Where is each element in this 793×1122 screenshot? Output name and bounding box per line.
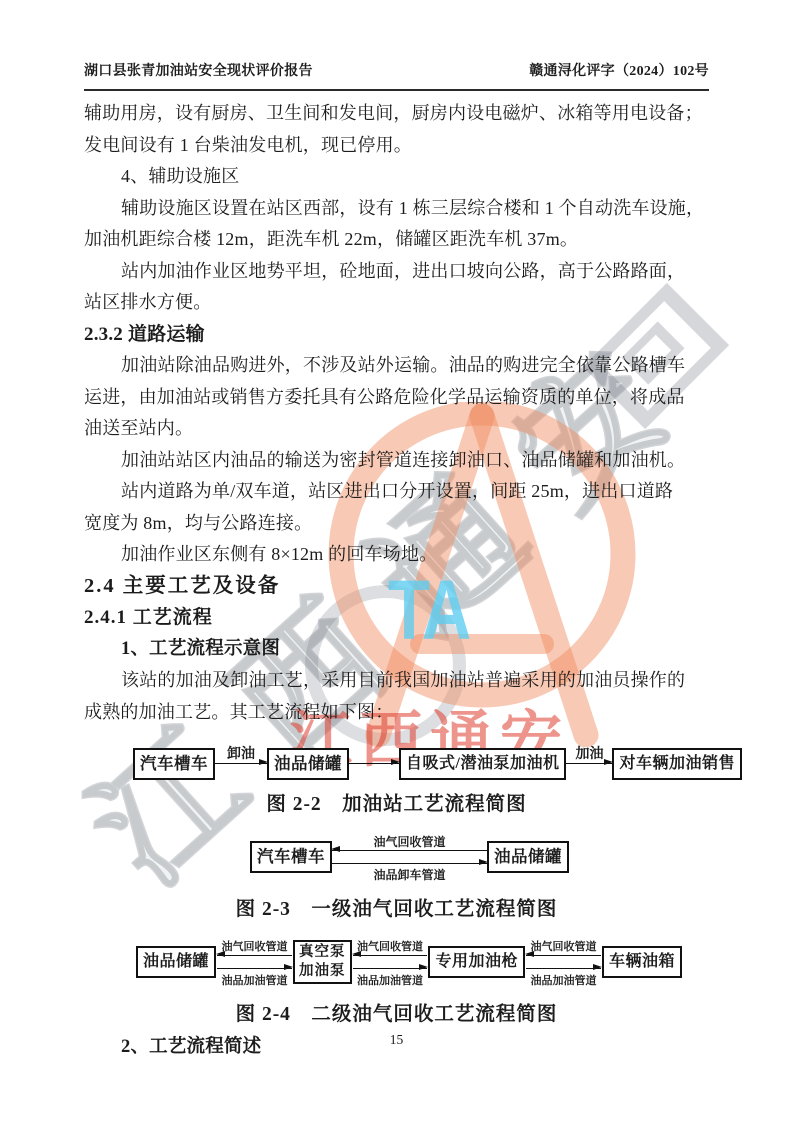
flow-box-storage-tank: 油品储罐 <box>267 748 349 781</box>
document-page: 江西通安 TA 江西通安 湖口县张青加油站安全现状评价报告 赣通浔化评字（202… <box>0 0 793 1122</box>
body-line: 加油机距综合楼 12m，距洗车机 22m，储罐区距洗车机 37m。 <box>84 224 709 256</box>
flow-box-fuel-nozzle: 专用加油枪 <box>428 946 525 978</box>
arrow-label-unloading-pipe: 油品卸车管道 <box>332 866 487 883</box>
flow-arrow-unload: 卸油 <box>215 745 267 783</box>
body-line: 宽度为 8m，均与公路连接。 <box>84 508 709 540</box>
arrow-label-vapor-recovery-pipe: 油气回收管道 <box>332 833 487 850</box>
body-line: 运进，由加油站或销售方委托具有公路危险化学品运输资质的单位，将成品 <box>84 382 709 414</box>
body-line: 站内道路为单/双车道，站区进出口分开设置，间距 25m，进出口道路 <box>84 476 709 508</box>
figure-2-4-caption: 图 2-4 二级油气回收工艺流程简图 <box>84 998 709 1026</box>
left-arrow-icon <box>332 850 487 851</box>
page-header: 湖口县张青加油站安全现状评价报告 赣通浔化评字（2024）102号 <box>84 60 709 91</box>
body-line: 站内加油作业区地势平坦，砼地面，进出口坡向公路，高于公路路面， <box>84 256 709 288</box>
right-arrow-icon <box>353 968 428 969</box>
flow-arrow-plain <box>349 745 399 783</box>
arrow-label-unload: 卸油 <box>227 743 255 763</box>
right-arrow-icon <box>566 763 612 764</box>
header-report-title: 湖口县张青加油站安全现状评价报告 <box>84 60 313 80</box>
arrow-label-vapor-recovery-pipe: 油气回收管道 <box>217 938 292 954</box>
figure-2-2-caption: 图 2-2 加油站工艺流程简图 <box>84 788 709 816</box>
section-heading-2-3-2: 2.3.2 道路运输 <box>84 319 709 351</box>
arrow-label-fueling-pipe: 油品加油管道 <box>526 972 601 988</box>
flow-box-vehicle-sales: 对车辆加油销售 <box>612 748 742 780</box>
arrow-label-vapor-recovery-pipe: 油气回收管道 <box>353 938 428 954</box>
right-arrow-icon <box>215 763 267 764</box>
header-document-number: 赣通浔化评字（2024）102号 <box>529 60 709 80</box>
flow-box-tanker-truck: 汽车槽车 <box>133 748 215 781</box>
body-line: 油送至站内。 <box>84 413 709 445</box>
section-heading-2-4: 2.4 主要工艺及设备 <box>84 571 709 603</box>
body-line: 该站的加油及卸油工艺，采用目前我国加油站普遍采用的加油员操作的 <box>84 665 709 697</box>
body-line: 辅助设施区设置在站区西部，设有 1 栋三层综合楼和 1 个自动洗车设施， <box>84 193 709 225</box>
body-line: 加油站站区内油品的输送为密封管道连接卸油口、油品储罐和加油机。 <box>84 445 709 477</box>
left-arrow-icon <box>217 955 292 956</box>
section-heading-2-4-1: 2.4.1 工艺流程 <box>84 602 709 634</box>
list-item-heading: 4、辅助设施区 <box>84 161 709 193</box>
right-arrow-icon <box>526 968 601 969</box>
flow-box-dispenser: 自吸式/潜油泵加油机 <box>399 748 566 780</box>
body-line: 成熟的加油工艺。其工艺流程如下图： <box>84 697 709 729</box>
flow-box-storage-tank: 油品储罐 <box>487 841 569 874</box>
double-arrow-group: 油气回收管道 油品加油管道 <box>526 931 601 993</box>
figure-2-3-flow-diagram: 汽车槽车 油气回收管道 油品卸车管道 油品储罐 <box>84 826 709 888</box>
figure-2-4-flow-diagram: 油品储罐 油气回收管道 油品加油管道 真空泵 加油泵 油气回收管道 油品加油管道… <box>136 931 682 993</box>
right-arrow-icon <box>349 763 399 764</box>
flow-box-vehicle-fuel-tank: 车辆油箱 <box>602 946 682 978</box>
figure-2-3-caption: 图 2-3 一级油气回收工艺流程简图 <box>84 893 709 921</box>
double-arrow-group: 油气回收管道 油品加油管道 <box>353 931 428 993</box>
body-line: 发电间设有 1 台柴油发电机，现已停用。 <box>84 130 709 162</box>
double-arrow-group: 油气回收管道 油品加油管道 <box>217 931 292 993</box>
body-line: 辅助用房，设有厨房、卫生间和发电间，厨房内设电磁炉、冰箱等用电设备； <box>84 98 709 130</box>
left-arrow-icon <box>526 955 601 956</box>
body-line: 站区排水方便。 <box>84 287 709 319</box>
right-arrow-icon <box>217 968 292 969</box>
arrow-label-fueling-pipe: 油品加油管道 <box>353 972 428 988</box>
right-arrow-icon <box>332 863 487 864</box>
page-number: 15 <box>0 1032 793 1048</box>
flow-box-tanker-truck: 汽车槽车 <box>250 841 332 874</box>
flow-box-storage-tank: 油品储罐 <box>136 946 216 978</box>
figure-2-2-flow-diagram: 汽车槽车 卸油 油品储罐 自吸式/潜油泵加油机 加油 对车辆加油销售 <box>133 745 709 783</box>
subsection-heading-1: 1、工艺流程示意图 <box>84 634 709 666</box>
double-arrow-group: 油气回收管道 油品卸车管道 <box>332 826 487 888</box>
body-line: 加油作业区东侧有 8×12m 的回车场地。 <box>84 539 709 571</box>
flow-box-vacuum-pump: 真空泵 加油泵 <box>293 940 352 984</box>
body-line: 加油站除油品购进外，不涉及站外运输。油品的购进完全依靠公路槽车 <box>84 350 709 382</box>
arrow-label-fueling-pipe: 油品加油管道 <box>217 972 292 988</box>
flow-arrow-refuel: 加油 <box>566 745 612 783</box>
document-body: 辅助用房，设有厨房、卫生间和发电间，厨房内设电磁炉、冰箱等用电设备； 发电间设有… <box>84 98 709 1064</box>
arrow-label-vapor-recovery-pipe: 油气回收管道 <box>526 938 601 954</box>
left-arrow-icon <box>353 955 428 956</box>
arrow-label-refuel: 加油 <box>575 743 603 763</box>
